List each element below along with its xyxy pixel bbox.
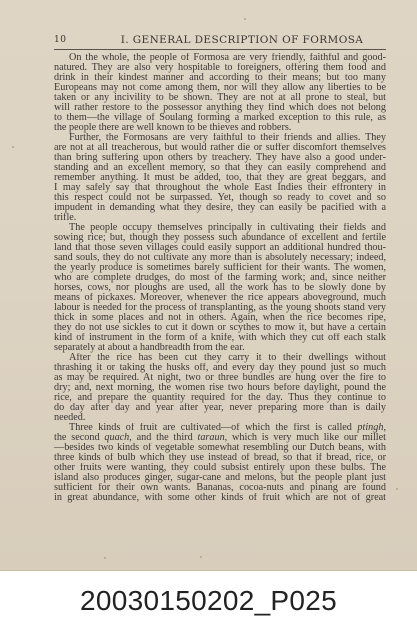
text-line: trifle.: [54, 213, 386, 223]
text-line: will rather restore to the possessor any…: [54, 103, 386, 113]
text-line: Three kinds of fruit are cultivated—of w…: [54, 423, 386, 433]
header-rule: [54, 49, 386, 50]
italic-term: taraun: [198, 433, 225, 443]
text-line: land that those seven villages could eas…: [54, 243, 386, 253]
text-line: in great abundance, with some other kind…: [54, 493, 386, 503]
text-line: sowing rice; but, though they possess su…: [54, 233, 386, 243]
text-line: Further, the Formosans are very faithful…: [54, 133, 386, 143]
text-line: island also produces ginger, sugar-cane …: [54, 473, 386, 483]
text-line: remember anything. It must be added, too…: [54, 173, 386, 183]
text-line: drink in their kindest manner and accord…: [54, 73, 386, 83]
text-line: this respect could not be surpassed. Yet…: [54, 193, 386, 203]
text-line: labour is needed for the process of tran…: [54, 303, 386, 313]
text-line: I may safely say that throughout the who…: [54, 183, 386, 193]
paragraph: After the rice has been cut they carry i…: [54, 353, 386, 423]
text-line: sufficient for their own wants. Bananas,…: [54, 483, 386, 493]
paper-speck: [244, 18, 246, 20]
text-line: do day after day and year after year, ne…: [54, 403, 386, 413]
text-line: thrashing it or taking the husks off, an…: [54, 363, 386, 373]
text-line: to them—the village of Soulang forming a…: [54, 113, 386, 123]
text-line: as may be required. At night, two or thr…: [54, 373, 386, 383]
text-line: rice, and prepare the quantity required …: [54, 393, 386, 403]
text-line: On the whole, the people of Formosa are …: [54, 53, 386, 63]
text-line: sand souls, they do not cultivate any mo…: [54, 253, 386, 263]
text-line: the yearly produce is sometimes barely s…: [54, 263, 386, 273]
text-line: dry; and, next morning, the women rise t…: [54, 383, 386, 393]
page-number: 10: [54, 35, 66, 45]
running-title: I. GENERAL DESCRIPTION OF FORMOSA: [106, 34, 378, 46]
text-line: After the rice has been cut they carry i…: [54, 353, 386, 363]
image-caption: 20030150202_P025: [0, 585, 417, 617]
text-line: the people there are well known to be th…: [54, 123, 386, 133]
text-line: standing and an excellent memory, so tha…: [54, 163, 386, 173]
text-line: taken or any incivility to be shown. The…: [54, 93, 386, 103]
text-line: they do not use sickles to cut it down o…: [54, 323, 386, 333]
italic-term: ptingh: [357, 423, 383, 433]
text-line: impudent in demanding what they desire, …: [54, 203, 386, 213]
text-line: separately at about a handbreadth from t…: [54, 343, 386, 353]
paper-speck: [12, 146, 14, 148]
text-line: kind of instrument in the form of a knif…: [54, 333, 386, 343]
text-line: —besides two kinds of vegetable somewhat…: [54, 443, 386, 453]
text-line: than bring suffering upon others by trea…: [54, 153, 386, 163]
text-line: thick in some places and not in others. …: [54, 313, 386, 323]
paper-speck: [396, 488, 398, 490]
paragraph: On the whole, the people of Formosa are …: [54, 53, 386, 133]
text-line: means of pickaxes. Moreover, whenever th…: [54, 293, 386, 303]
text-line: natured. They are also very hospitable t…: [54, 63, 386, 73]
text-line: The people occupy themselves principally…: [54, 223, 386, 233]
paragraph: The people occupy themselves principally…: [54, 223, 386, 353]
text-line: are not at all treacherous, but would ra…: [54, 143, 386, 153]
paper-speck: [104, 557, 106, 559]
text-line: three kinds of bulb which they use inste…: [54, 453, 386, 463]
text-line: Europeans may not come among them, nor w…: [54, 83, 386, 93]
text-line: the second quach, and the third taraun, …: [54, 433, 386, 443]
text-line: needed.: [54, 413, 386, 423]
paper-speck: [200, 556, 202, 558]
paragraph: Three kinds of fruit are cultivated—of w…: [54, 423, 386, 503]
page-header: 10 I. GENERAL DESCRIPTION OF FORMOSA: [54, 34, 386, 48]
scanned-page: 10 I. GENERAL DESCRIPTION OF FORMOSA On …: [0, 0, 417, 571]
text-line: other fruits were wanting, they could su…: [54, 463, 386, 473]
text-line: horses, cows, nor ploughs are used, all …: [54, 283, 386, 293]
italic-term: quach: [104, 433, 129, 443]
body-text: On the whole, the people of Formosa are …: [54, 53, 386, 503]
paragraph: Further, the Formosans are very faithful…: [54, 133, 386, 223]
text-line: who are complete drudges, do most of the…: [54, 273, 386, 283]
